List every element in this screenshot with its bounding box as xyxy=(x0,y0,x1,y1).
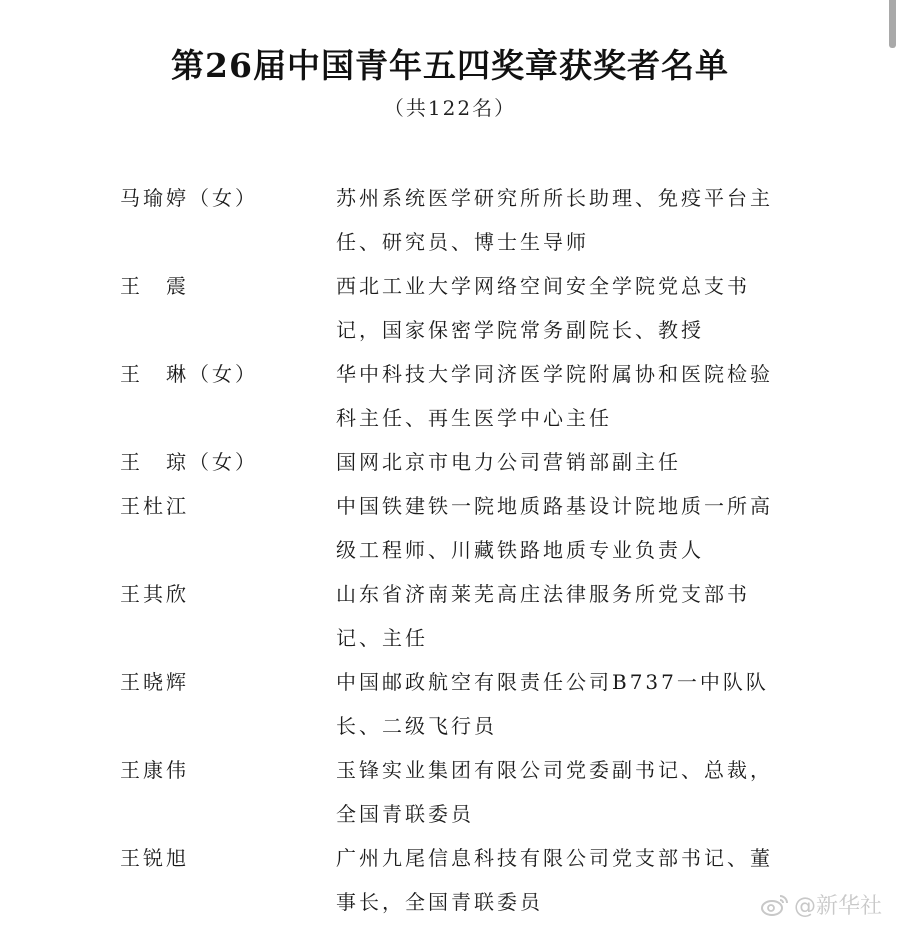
description-line: 广州九尾信息科技有限公司党支部书记、董 xyxy=(336,836,796,880)
description-line: 国网北京市电力公司营销部副主任 xyxy=(336,440,796,484)
description-line: 长、二级飞行员 xyxy=(336,704,796,748)
list-item: 王康伟 玉锋实业集团有限公司党委副书记、总裁， 全国青联委员 xyxy=(0,748,900,836)
description-line: 全国青联委员 xyxy=(336,792,796,836)
description-line: 玉锋实业集团有限公司党委副书记、总裁， xyxy=(336,748,796,792)
description-line: 西北工业大学网络空间安全学院党总支书 xyxy=(336,264,796,308)
awardee-name: 王晓辉 xyxy=(120,660,189,704)
awardee-name: 马瑜婷（女） xyxy=(120,176,258,220)
list-item: 王其欣 山东省济南莱芜高庄法律服务所党支部书 记、主任 xyxy=(0,572,900,660)
description-line: 记、主任 xyxy=(336,616,796,660)
awardee-description: 山东省济南莱芜高庄法律服务所党支部书 记、主任 xyxy=(336,572,796,660)
document-page: 第26届中国青年五四奖章获奖者名单 （共122名） 马瑜婷（女） 苏州系统医学研… xyxy=(0,0,900,934)
list-item: 王 琳（女） 华中科技大学同济医学院附属协和医院检验 科主任、再生医学中心主任 xyxy=(0,352,900,440)
awardee-name: 王其欣 xyxy=(120,572,189,616)
list-item: 王 震 西北工业大学网络空间安全学院党总支书 记，国家保密学院常务副院长、教授 xyxy=(0,264,900,352)
watermark-text: @新华社 xyxy=(794,889,882,920)
awardee-name: 王 震 xyxy=(120,264,189,308)
description-line: 级工程师、川藏铁路地质专业负责人 xyxy=(336,528,796,572)
page-subtitle: （共122名） xyxy=(0,92,900,121)
awardee-description: 中国铁建铁一院地质路基设计院地质一所高 级工程师、川藏铁路地质专业负责人 xyxy=(336,484,796,572)
awardee-description: 苏州系统医学研究所所长助理、免疫平台主 任、研究员、博士生导师 xyxy=(336,176,796,264)
awardee-description: 广州九尾信息科技有限公司党支部书记、董 事长，全国青联委员 xyxy=(336,836,796,924)
description-line: 中国铁建铁一院地质路基设计院地质一所高 xyxy=(336,484,796,528)
awardee-name: 王杜江 xyxy=(120,484,189,528)
awardee-list: 马瑜婷（女） 苏州系统医学研究所所长助理、免疫平台主 任、研究员、博士生导师 王… xyxy=(0,176,900,924)
description-line: 事长，全国青联委员 xyxy=(336,880,796,924)
awardee-name: 王康伟 xyxy=(120,748,189,792)
description-line: 山东省济南莱芜高庄法律服务所党支部书 xyxy=(336,572,796,616)
list-item: 马瑜婷（女） 苏州系统医学研究所所长助理、免疫平台主 任、研究员、博士生导师 xyxy=(0,176,900,264)
awardee-name: 王锐旭 xyxy=(120,836,189,880)
list-item: 王杜江 中国铁建铁一院地质路基设计院地质一所高 级工程师、川藏铁路地质专业负责人 xyxy=(0,484,900,572)
awardee-description: 国网北京市电力公司营销部副主任 xyxy=(336,440,796,484)
awardee-name: 王 琳（女） xyxy=(120,352,258,396)
scrollbar-thumb[interactable] xyxy=(889,0,896,48)
awardee-name: 王 琼（女） xyxy=(120,440,258,484)
description-line: 华中科技大学同济医学院附属协和医院检验 xyxy=(336,352,796,396)
list-item: 王 琼（女） 国网北京市电力公司营销部副主任 xyxy=(0,440,900,484)
scrollbar[interactable] xyxy=(886,0,900,934)
page-title: 第26届中国青年五四奖章获奖者名单 xyxy=(0,40,900,87)
list-item: 王晓辉 中国邮政航空有限责任公司B737一中队队 长、二级飞行员 xyxy=(0,660,900,748)
description-line: 苏州系统医学研究所所长助理、免疫平台主 xyxy=(336,176,796,220)
description-line: 中国邮政航空有限责任公司B737一中队队 xyxy=(336,660,796,704)
awardee-description: 中国邮政航空有限责任公司B737一中队队 长、二级飞行员 xyxy=(336,660,796,748)
description-line: 科主任、再生医学中心主任 xyxy=(336,396,796,440)
weibo-icon xyxy=(760,892,790,918)
description-line: 任、研究员、博士生导师 xyxy=(336,220,796,264)
awardee-description: 西北工业大学网络空间安全学院党总支书 记，国家保密学院常务副院长、教授 xyxy=(336,264,796,352)
watermark: @新华社 xyxy=(760,889,882,920)
awardee-description: 华中科技大学同济医学院附属协和医院检验 科主任、再生医学中心主任 xyxy=(336,352,796,440)
awardee-description: 玉锋实业集团有限公司党委副书记、总裁， 全国青联委员 xyxy=(336,748,796,836)
description-line: 记，国家保密学院常务副院长、教授 xyxy=(336,308,796,352)
